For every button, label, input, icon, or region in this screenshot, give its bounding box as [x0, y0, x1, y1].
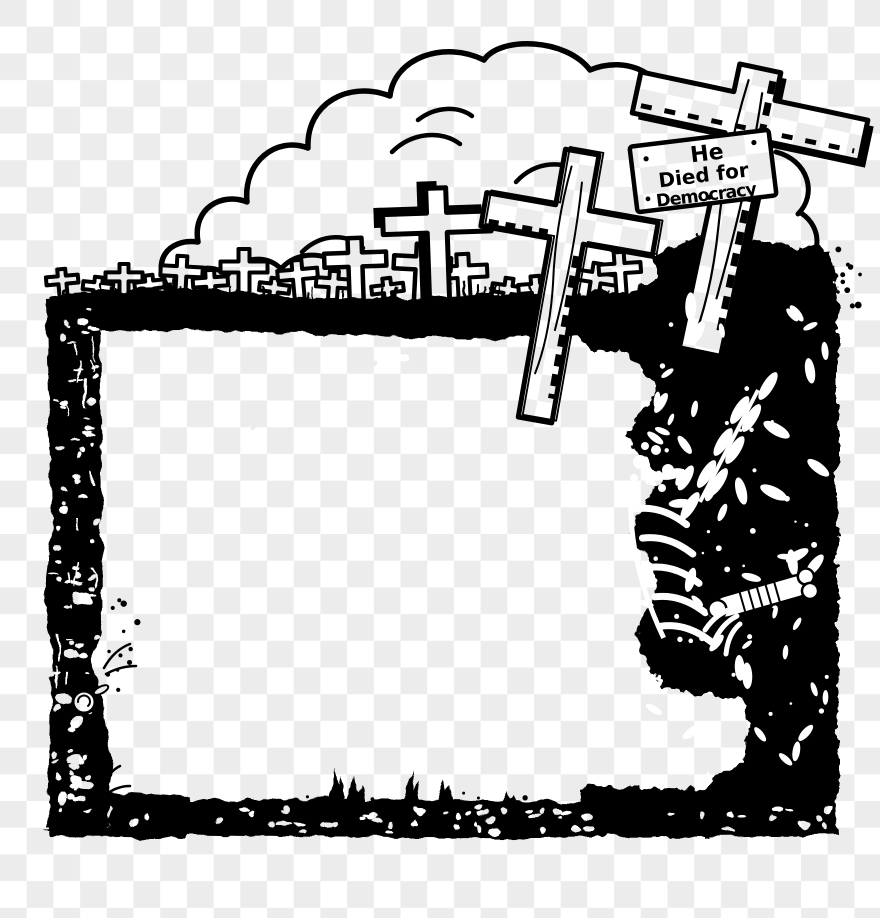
border-stone [64, 649, 81, 657]
border-speckle [67, 637, 74, 639]
berry-dot [769, 712, 773, 716]
border-speckle [58, 406, 64, 410]
foliage-fleck [850, 303, 855, 308]
border-speckle [58, 399, 67, 406]
berry-dot [677, 637, 682, 642]
border-speckle [769, 817, 776, 821]
border-speckle [52, 750, 59, 756]
border-speckle [56, 543, 64, 550]
border-speckle [70, 639, 75, 645]
border-speckle [388, 820, 393, 827]
border-speckle [58, 773, 62, 780]
border-speckle [584, 824, 594, 831]
border-speckle [359, 816, 366, 821]
border-speckle [72, 764, 75, 771]
border-speckle [72, 567, 81, 570]
berry-dot [669, 322, 674, 327]
soil-fleck [804, 787, 809, 792]
flower [651, 445, 661, 455]
grass-blade [230, 285, 231, 299]
illustration-canvas: He Died for Democracy [0, 0, 880, 918]
border-speckle [386, 829, 394, 833]
border-speckle [442, 811, 447, 815]
border-scratch [79, 362, 80, 384]
splash-dot [127, 660, 132, 665]
splash-dot [118, 653, 122, 657]
grass-blade [499, 284, 500, 300]
berry-dot [744, 386, 749, 391]
flower [630, 474, 638, 482]
border-speckle [268, 821, 273, 827]
berry-dot [752, 468, 756, 472]
border-speckle [91, 327, 100, 331]
border-stone [56, 791, 66, 805]
border-speckle [77, 642, 86, 648]
border-speckle [452, 824, 459, 829]
border-speckle [559, 817, 563, 821]
border-speckle [52, 758, 61, 761]
splash-dot [111, 606, 115, 610]
soil-fleck [522, 795, 527, 800]
border-speckle [666, 813, 674, 817]
berry-dot [674, 614, 679, 619]
soil-fleck [338, 792, 342, 796]
berry-dot [688, 639, 693, 644]
berry-dot [724, 566, 730, 572]
border-speckle [56, 577, 61, 583]
border-speckle [69, 379, 78, 383]
border-speckle [739, 814, 749, 817]
border-stone [68, 776, 80, 787]
border-speckle [49, 573, 58, 575]
border-speckle [797, 820, 808, 828]
border-speckle [83, 331, 90, 335]
berry-dot [673, 717, 677, 721]
border-speckle [71, 439, 80, 442]
border-speckle [77, 448, 84, 454]
border-speckle [562, 811, 572, 817]
border-speckle [60, 487, 67, 491]
foliage-fleck [848, 264, 854, 270]
border-speckle [475, 823, 479, 829]
border-speckle [70, 604, 73, 609]
berry-dot [707, 772, 710, 775]
border-scratch [58, 634, 59, 661]
soil-fleck [306, 795, 309, 798]
border-speckle [296, 829, 304, 833]
border-speckle [822, 821, 827, 829]
border-speckle [86, 426, 96, 430]
foliage-fleck [836, 290, 839, 293]
border-speckle [85, 434, 95, 437]
border-speckle [56, 561, 62, 564]
berry-dot [790, 702, 793, 705]
border-speckle [539, 825, 546, 833]
border-speckle [91, 635, 97, 640]
border-speckle [249, 809, 255, 816]
border-speckle [79, 495, 88, 499]
flower [645, 475, 655, 485]
border-speckle [372, 818, 383, 823]
berry-dot [819, 708, 824, 713]
border-speckle [69, 771, 72, 777]
border-speckle [67, 793, 75, 800]
border-speckle [85, 672, 89, 675]
border-scratch [78, 519, 79, 533]
berry-dot [784, 496, 790, 502]
border-speckle [76, 796, 85, 802]
soil-fleck [462, 792, 465, 795]
border-speckle [76, 478, 83, 483]
border-speckle [572, 824, 582, 832]
border-speckle [581, 813, 593, 820]
leaf [685, 292, 696, 321]
border-speckle [367, 812, 378, 819]
border-speckle [454, 812, 460, 819]
berry-dot [794, 520, 796, 522]
border-speckle [60, 501, 65, 506]
berry-dot [771, 420, 774, 423]
splash-dot [121, 600, 127, 606]
berry-dot [747, 634, 752, 639]
border-speckle [721, 828, 734, 831]
foliage-fleck [835, 247, 841, 253]
soil-fleck [314, 799, 318, 803]
grass-blade [173, 277, 174, 297]
border-speckle [815, 815, 822, 822]
grass-blade [307, 291, 309, 304]
border-speckle [75, 453, 79, 459]
border-speckle [79, 653, 89, 659]
border-speckle [58, 507, 68, 513]
border-speckle [240, 806, 251, 810]
berry-dot [805, 523, 809, 527]
border-speckle [82, 417, 90, 419]
splash-dot [116, 688, 120, 692]
foliage-fleck [841, 280, 846, 285]
border-speckle [553, 808, 564, 815]
border-speckle [824, 806, 834, 812]
border-speckle [62, 606, 71, 610]
border-speckle [89, 539, 94, 542]
border-speckle [415, 809, 425, 817]
border-scratch [69, 572, 71, 584]
border-speckle [66, 749, 71, 753]
soil-fleck [477, 797, 480, 800]
splash-dot [134, 619, 140, 625]
border-speckle [55, 526, 59, 530]
border-stone [70, 716, 85, 728]
border-speckle [524, 811, 533, 814]
border-speckle [56, 444, 64, 448]
border-speckle [465, 810, 472, 814]
border-speckle [59, 333, 67, 340]
border-speckle [479, 825, 484, 832]
berry-dot [653, 556, 658, 561]
berry-dot [716, 545, 722, 551]
border-speckle [85, 775, 92, 780]
berry-dot [707, 530, 710, 533]
soil-fleck [340, 790, 343, 793]
berry-dot [811, 542, 817, 548]
border-speckle [499, 809, 505, 816]
border-speckle [90, 442, 94, 446]
flower [641, 442, 649, 450]
flower [658, 484, 666, 492]
border-speckle [67, 341, 77, 344]
flower [662, 464, 674, 476]
border-speckle [291, 821, 303, 825]
berry-dot [660, 363, 665, 368]
border-speckle [475, 805, 481, 810]
grass-blade [164, 279, 166, 297]
border-speckle [65, 325, 70, 328]
berry-dot [731, 673, 735, 677]
border-scratch [85, 379, 86, 406]
border-speckle [88, 398, 97, 404]
grass-blade [397, 288, 398, 299]
border-speckle [528, 814, 541, 818]
border-speckle [130, 818, 138, 826]
border-speckle [217, 817, 223, 822]
border-speckle [79, 320, 89, 326]
border-speckle [727, 809, 736, 817]
foliage-fleck [840, 272, 845, 277]
border-speckle [274, 822, 286, 826]
border-speckle [74, 369, 82, 372]
berry-dot [742, 565, 745, 568]
clipart-image: He Died for Democracy [0, 0, 880, 918]
berry-dot [675, 709, 678, 712]
foliage-fleck [844, 287, 850, 293]
border-speckle [490, 828, 502, 835]
border-speckle [84, 809, 90, 811]
border-speckle [409, 822, 416, 827]
border-speckle [773, 809, 784, 814]
berry-dot [689, 716, 692, 719]
border-speckle [698, 812, 703, 820]
border-speckle [89, 366, 98, 370]
border-speckle [92, 375, 97, 380]
berry-dot [725, 421, 729, 425]
flower [633, 455, 647, 469]
border-speckle [145, 817, 150, 822]
border-speckle [89, 585, 94, 590]
splash-dot [122, 630, 125, 633]
rose-bloom [73, 691, 95, 713]
border-speckle [94, 519, 101, 526]
soil-fleck [619, 794, 623, 798]
foliage-fleck [858, 273, 862, 277]
soil-fleck [778, 792, 783, 797]
soil-fleck [371, 797, 375, 801]
border-speckle [84, 754, 87, 759]
border-speckle [478, 811, 483, 815]
berry-dot [664, 448, 668, 452]
splash-dot [128, 647, 132, 651]
border-stone [55, 694, 74, 704]
border-speckle [539, 809, 544, 815]
border-speckle [53, 705, 60, 712]
border-speckle [52, 399, 59, 402]
splash-dot [107, 650, 110, 653]
border-speckle [86, 307, 93, 310]
berry-dot [750, 528, 756, 534]
border-speckle [486, 818, 494, 824]
soil-fleck [784, 797, 788, 801]
berry-dot [644, 683, 648, 687]
foliage-fleck [855, 302, 862, 309]
border-speckle [332, 822, 337, 828]
border-speckle [786, 810, 795, 813]
splash-dot [117, 598, 121, 602]
border-speckle [286, 805, 293, 811]
border-scratch [75, 344, 76, 355]
border-stone [76, 592, 91, 604]
border-stone [68, 754, 85, 763]
berry-dot [702, 552, 705, 555]
border-speckle [59, 807, 62, 810]
berry-dot [825, 675, 829, 679]
